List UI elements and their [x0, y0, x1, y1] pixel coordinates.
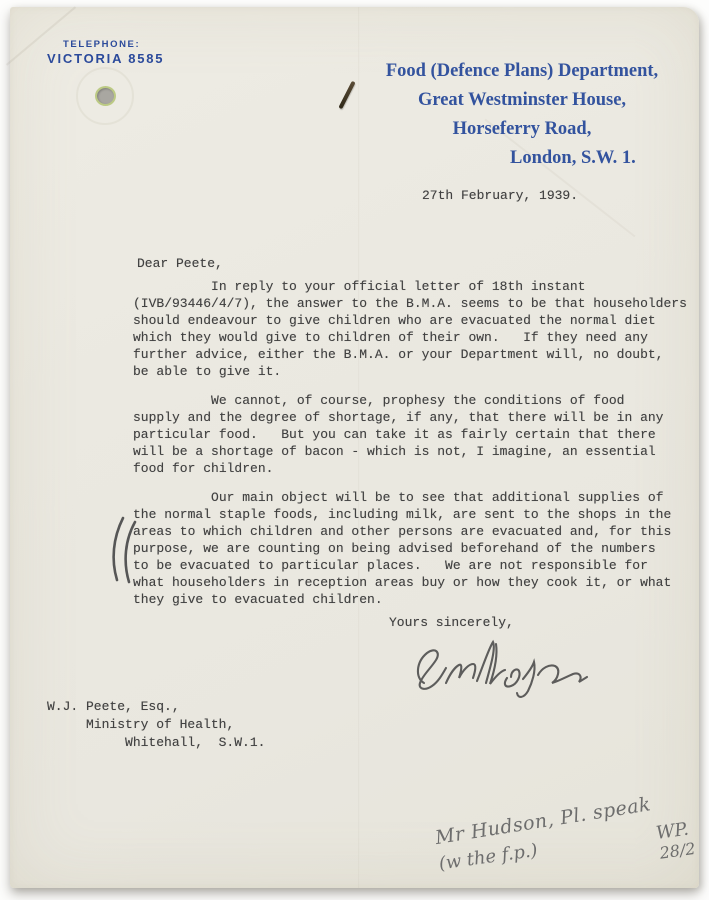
letter-page: TELEPHONE: VICTORIA 8585 Food (Defence P… — [10, 7, 699, 888]
closing: Yours sincerely, — [389, 614, 514, 631]
signature — [408, 635, 598, 705]
salutation: Dear Peete, — [137, 255, 223, 272]
margin-mark — [105, 512, 137, 588]
telephone-number: VICTORIA 8585 — [47, 51, 164, 66]
staple-mark — [338, 81, 355, 110]
punch-hole — [95, 86, 116, 106]
letter-date: 27th February, 1939. — [422, 187, 578, 204]
body-paragraph-3: Our main object will be to see that addi… — [133, 489, 703, 608]
body-paragraph-1: In reply to your official letter of 18th… — [133, 278, 703, 380]
telephone-block: TELEPHONE: VICTORIA 8585 — [47, 39, 164, 66]
letterhead-line-city: London, S.W. 1. — [362, 144, 682, 173]
letterhead-address: Food (Defence Plans) Department, Great W… — [362, 57, 682, 173]
letterhead-line-department: Food (Defence Plans) Department, — [362, 57, 682, 86]
handwritten-note: Mr Hudson, Pl. speak (w the f.p.) WP. 28… — [434, 788, 709, 894]
letterhead-line-road: Horseferry Road, — [362, 115, 682, 144]
body-paragraph-2: We cannot, of course, prophesy the condi… — [133, 392, 703, 477]
telephone-label: TELEPHONE: — [47, 39, 164, 50]
recipient-address: W.J. Peete, Esq., Ministry of Health, Wh… — [47, 698, 265, 752]
letterhead-line-house: Great Westminster House, — [362, 86, 682, 115]
scan-background: { "colors": { "paper": "#ebe9e1", "lette… — [0, 0, 709, 900]
letter-body: In reply to your official letter of 18th… — [133, 278, 703, 620]
